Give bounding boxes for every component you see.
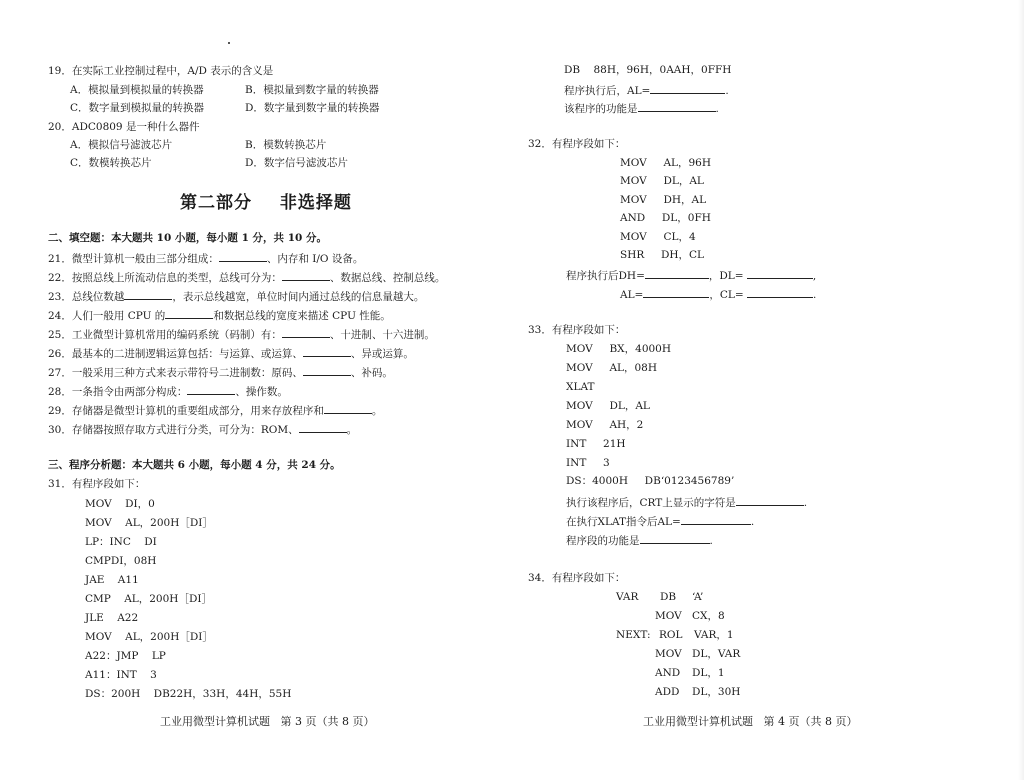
code-line: MOV AL，200H［DI］ — [85, 516, 213, 530]
answer-blank[interactable] — [736, 494, 804, 506]
page-footer: 工业用微型计算机试题 第 3 页（共 8 页） — [160, 713, 374, 729]
code-line: MOV DH，AL — [620, 193, 706, 207]
section-2-header: 二、填空题：本大题共 10 小题，每小题 1 分，共 10 分。 — [48, 231, 327, 245]
answer-blank[interactable] — [638, 100, 716, 112]
code-label: NEXT: — [616, 628, 651, 642]
exam-page-3: 19．在实际工业控制过程中，A/D 表示的含义是 A．模拟量到模拟量的转换器 B… — [0, 0, 512, 780]
code-op: ROL — [659, 628, 683, 642]
q20-option-a: A．模拟信号滤波芯片 — [70, 138, 172, 152]
q19-option-c: C．数字量到模拟量的转换器 — [70, 101, 204, 115]
answer-blank[interactable] — [645, 267, 709, 279]
part-title-main: 第二部分 — [180, 188, 252, 213]
code-op: MOV — [655, 647, 682, 661]
scan-edge-shadow — [1018, 0, 1024, 780]
code-arg: DL，30H — [692, 685, 740, 699]
scan-speck — [228, 42, 230, 44]
fill-in-30: 30．存储器按照存取方式进行分类，可分为：ROM、。 — [48, 421, 357, 437]
code-line: CMP AL，200H［DI］ — [85, 592, 212, 606]
code-line: DB 88H，96H，0AAH，0FFH — [564, 63, 731, 77]
code-line: MOV DI，0 — [85, 497, 155, 511]
question-19-stem: 19．在实际工业控制过程中，A/D 表示的含义是 — [48, 64, 273, 78]
q19-option-d: D．数字量到数字量的转换器 — [245, 101, 379, 115]
fill-in-26: 26．最基本的二进制逻辑运算包括：与运算、或运算、、异或运算。 — [48, 345, 414, 361]
q19-option-b: B．模拟量到数字量的转换器 — [245, 83, 379, 97]
part-title: 第二部分 非选择题 — [180, 188, 352, 213]
answer-blank[interactable] — [219, 250, 267, 262]
code-line: MOV CL，4 — [620, 230, 696, 244]
q32-answer-al-cl: AL=，CL= . — [620, 286, 816, 302]
code-line: MOV AH，2 — [566, 418, 643, 432]
fill-in-28: 28．一条指令由两部分构成：、操作数。 — [48, 383, 288, 399]
question-34-stem: 34．有程序段如下： — [528, 571, 625, 585]
q33-answer-function: 程序段的功能是. — [566, 532, 713, 548]
code-arg: DL，VAR — [692, 647, 740, 661]
answer-blank[interactable] — [303, 345, 351, 357]
question-20-stem: 20．ADC0809 是一种什么器件 — [48, 120, 199, 134]
fill-in-22: 22．按照总线上所流动信息的类型，总线可分为：、数据总线、控制总线。 — [48, 269, 445, 285]
part-title-sub: 非选择题 — [280, 188, 352, 213]
code-arg: VAR，1 — [694, 628, 734, 642]
answer-blank[interactable] — [681, 513, 751, 525]
question-31-stem: 31．有程序段如下： — [48, 477, 145, 491]
fill-in-21: 21．微型计算机一般由三部分组成：、内存和 I/O 设备。 — [48, 250, 363, 266]
answer-blank[interactable] — [643, 286, 709, 298]
answer-blank[interactable] — [303, 364, 351, 376]
fill-in-29: 29．存储器是微型计算机的重要组成部分，用来存放程序和。 — [48, 402, 382, 418]
code-op: ADD — [655, 685, 679, 699]
q33-answer-crt: 执行该程序后，CRT上显示的字符是. — [566, 494, 807, 510]
question-32-stem: 32．有程序段如下： — [528, 137, 625, 151]
code-line: JLE A22 — [85, 611, 138, 625]
code-line: DS：200H DB22H，33H，44H，55H — [85, 687, 291, 701]
answer-blank[interactable] — [324, 402, 372, 414]
q20-option-d: D．数字信号滤波芯片 — [245, 156, 348, 170]
code-label: VAR — [616, 590, 638, 604]
code-line: A11：INT 3 — [85, 668, 157, 682]
code-line: SHR DH，CL — [620, 248, 704, 262]
answer-blank[interactable] — [650, 82, 725, 94]
code-line: MOV DL，AL — [620, 174, 704, 188]
answer-blank[interactable] — [747, 267, 813, 279]
code-op: DB — [660, 590, 676, 604]
q19-option-a: A．模拟量到模拟量的转换器 — [70, 83, 204, 97]
answer-blank[interactable] — [165, 307, 213, 319]
fill-in-24: 24．人们一般用 CPU 的和数据总线的宽度来描述 CPU 性能。 — [48, 307, 391, 323]
code-line: MOV AL，96H — [620, 156, 711, 170]
answer-blank[interactable] — [124, 288, 172, 300]
code-line: DS：4000H DB‘0123456789’ — [566, 474, 734, 488]
code-line: AND DL，0FH — [620, 211, 711, 225]
answer-blank[interactable] — [282, 326, 330, 338]
code-line: INT 21H — [566, 437, 626, 451]
code-arg: ‘A’ — [692, 590, 703, 604]
code-op: MOV — [655, 609, 682, 623]
q32-answer-dh-dl: 程序执行后DH=，DL= , — [566, 267, 816, 283]
answer-blank[interactable] — [299, 421, 347, 433]
code-line: LP：INC DI — [85, 535, 157, 549]
q31-answer-al: 程序执行后，AL=. — [564, 82, 729, 98]
fill-in-25: 25．工业微型计算机常用的编码系统（码制）有：、十进制、十六进制。 — [48, 326, 435, 342]
exam-page-4: DB 88H，96H，0AAH，0FFH 程序执行后，AL=. 该程序的功能是.… — [512, 0, 1024, 780]
q31-answer-function: 该程序的功能是. — [564, 100, 719, 116]
code-line: MOV DL，AL — [566, 399, 650, 413]
q20-option-c: C．数模转换芯片 — [70, 156, 152, 170]
code-line: A22：JMP LP — [85, 649, 166, 663]
q20-option-b: B．模数转换芯片 — [245, 138, 326, 152]
code-line: JAE A11 — [85, 573, 139, 587]
code-arg: CX，8 — [692, 609, 725, 623]
fill-in-27: 27．一般采用三种方式来表示带符号二进制数：原码、、补码。 — [48, 364, 393, 380]
answer-blank[interactable] — [640, 532, 710, 544]
code-arg: DL，1 — [692, 666, 725, 680]
code-line: INT 3 — [566, 456, 610, 470]
page-footer: 工业用微型计算机试题 第 4 页（共 8 页） — [643, 713, 857, 729]
answer-blank[interactable] — [282, 269, 330, 281]
code-line: MOV BX，4000H — [566, 342, 671, 356]
code-line: MOV AL，08H — [566, 361, 657, 375]
question-33-stem: 33．有程序段如下： — [528, 323, 625, 337]
answer-blank[interactable] — [747, 286, 813, 298]
q33-answer-al: 在执行XLAT指令后AL=. — [566, 513, 754, 529]
code-op: AND — [655, 666, 680, 680]
section-3-header: 三、程序分析题：本大题共 6 小题，每小题 4 分，共 24 分。 — [48, 458, 341, 472]
code-line: XLAT — [566, 380, 594, 394]
fill-in-23: 23．总线位数越，表示总线越宽，单位时间内通过总线的信息量越大。 — [48, 288, 424, 304]
code-line: CMPDI，08H — [85, 554, 156, 568]
answer-blank[interactable] — [187, 383, 235, 395]
code-line: MOV AL，200H［DI］ — [85, 630, 213, 644]
